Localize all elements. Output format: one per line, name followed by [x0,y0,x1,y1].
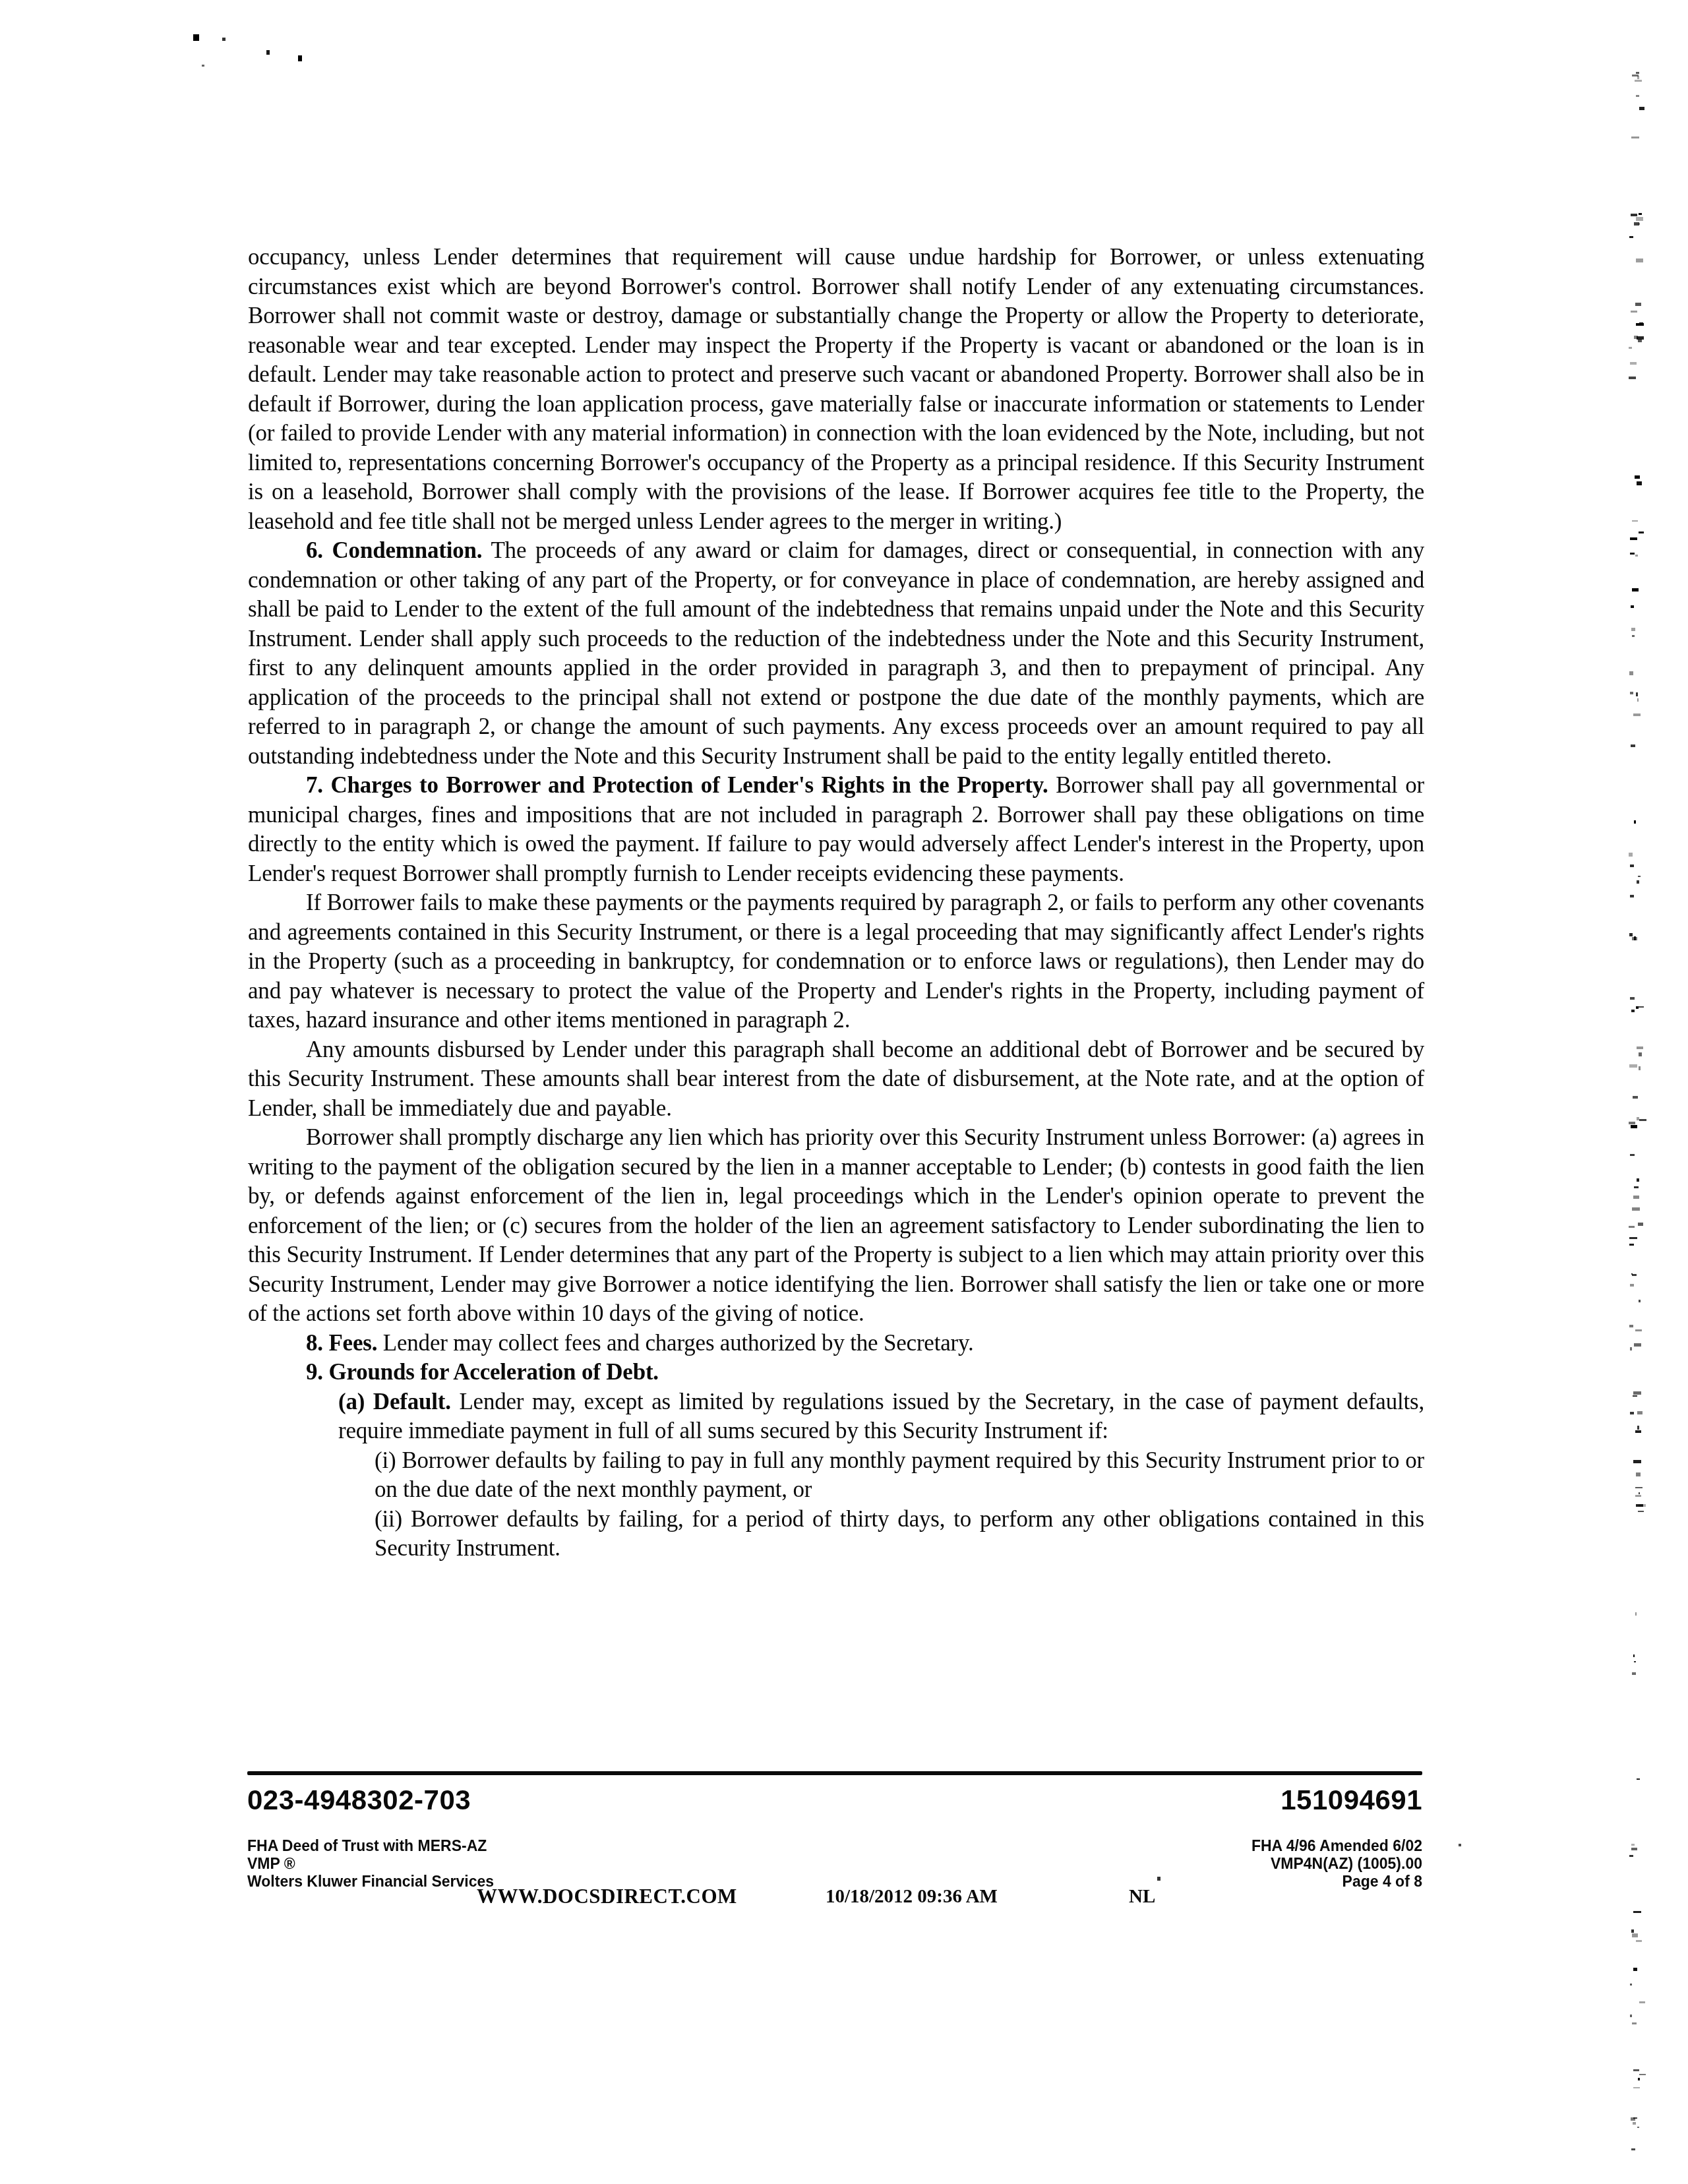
paragraph-section-6-condemnation: 6. Condemnation. The proceeds of any awa… [248,536,1424,771]
form-revision: FHA 4/96 Amended 6/02 [961,1837,1422,1855]
paragraph-a-default: (a) Default. Lender may, except as limit… [338,1387,1424,1446]
paragraph-occupancy-continuation: occupancy, unless Lender determines that… [248,243,1424,536]
paragraph-text: occupancy, unless Lender determines that… [248,244,1424,534]
page-number: Page 4 of 8 [961,1873,1422,1891]
paragraph-text: Lender may collect fees and charges auth… [377,1330,973,1356]
section-heading: 7. Charges to Borrower and Protection of… [306,772,1048,798]
paragraph-section-7-charges: 7. Charges to Borrower and Protection of… [248,771,1424,888]
vmp-mark: VMP ® [247,1855,494,1873]
timestamp-stamp: 10/18/2012 09:36 AM [826,1886,998,1908]
paragraph-discharge-lien: Borrower shall promptly discharge any li… [248,1123,1424,1329]
paragraph-text: Borrower shall promptly discharge any li… [248,1124,1424,1326]
footer-divider-rule [247,1771,1422,1775]
paragraph-i-monthly-payment: (i) Borrower defaults by failing to pay … [375,1446,1424,1505]
section-heading: 6. Condemnation. [306,537,482,563]
document-body: occupancy, unless Lender determines that… [248,243,1424,1563]
scanned-document-page: occupancy, unless Lender determines that… [0,0,1688,2184]
paragraph-text: (ii) Borrower defaults by failing, for a… [375,1506,1424,1562]
paragraph-section-9-grounds: 9. Grounds for Acceleration of Debt. [248,1358,1424,1387]
section-heading: 8. Fees. [306,1330,377,1356]
document-number: 151094691 [1027,1784,1422,1816]
paragraph-text: Lender may, except as limited by regulat… [338,1389,1424,1444]
form-title: FHA Deed of Trust with MERS-AZ [247,1837,494,1855]
form-code: VMP4N(AZ) (1005).00 [961,1855,1422,1873]
paragraph-text: The proceeds of any award or claim for d… [248,537,1424,769]
subsection-heading: (a) Default. [338,1389,451,1414]
website-stamp: WWW.DOCSDIRECT.COM [477,1885,737,1908]
footer-right-block: FHA 4/96 Amended 6/02 VMP4N(AZ) (1005).0… [961,1837,1422,1891]
paragraph-text: If Borrower fails to make these payments… [248,890,1424,1033]
footer-left-block: FHA Deed of Trust with MERS-AZ VMP ® Wol… [247,1837,494,1891]
fha-case-number: 023-4948302-703 [247,1784,471,1816]
publisher-name: Wolters Kluwer Financial Services [247,1873,494,1891]
paragraph-text: (i) Borrower defaults by failing to pay … [375,1447,1424,1503]
paragraph-borrower-fails: If Borrower fails to make these payments… [248,888,1424,1035]
initials-stamp: NL [1129,1886,1155,1908]
section-heading: 9. Grounds for Acceleration of Debt. [306,1359,659,1385]
paragraph-ii-other-obligations: (ii) Borrower defaults by failing, for a… [375,1505,1424,1563]
paragraph-text: Any amounts disbursed by Lender under th… [248,1037,1424,1121]
paragraph-amounts-disbursed: Any amounts disbursed by Lender under th… [248,1035,1424,1124]
paragraph-section-8-fees: 8. Fees. Lender may collect fees and cha… [248,1329,1424,1358]
